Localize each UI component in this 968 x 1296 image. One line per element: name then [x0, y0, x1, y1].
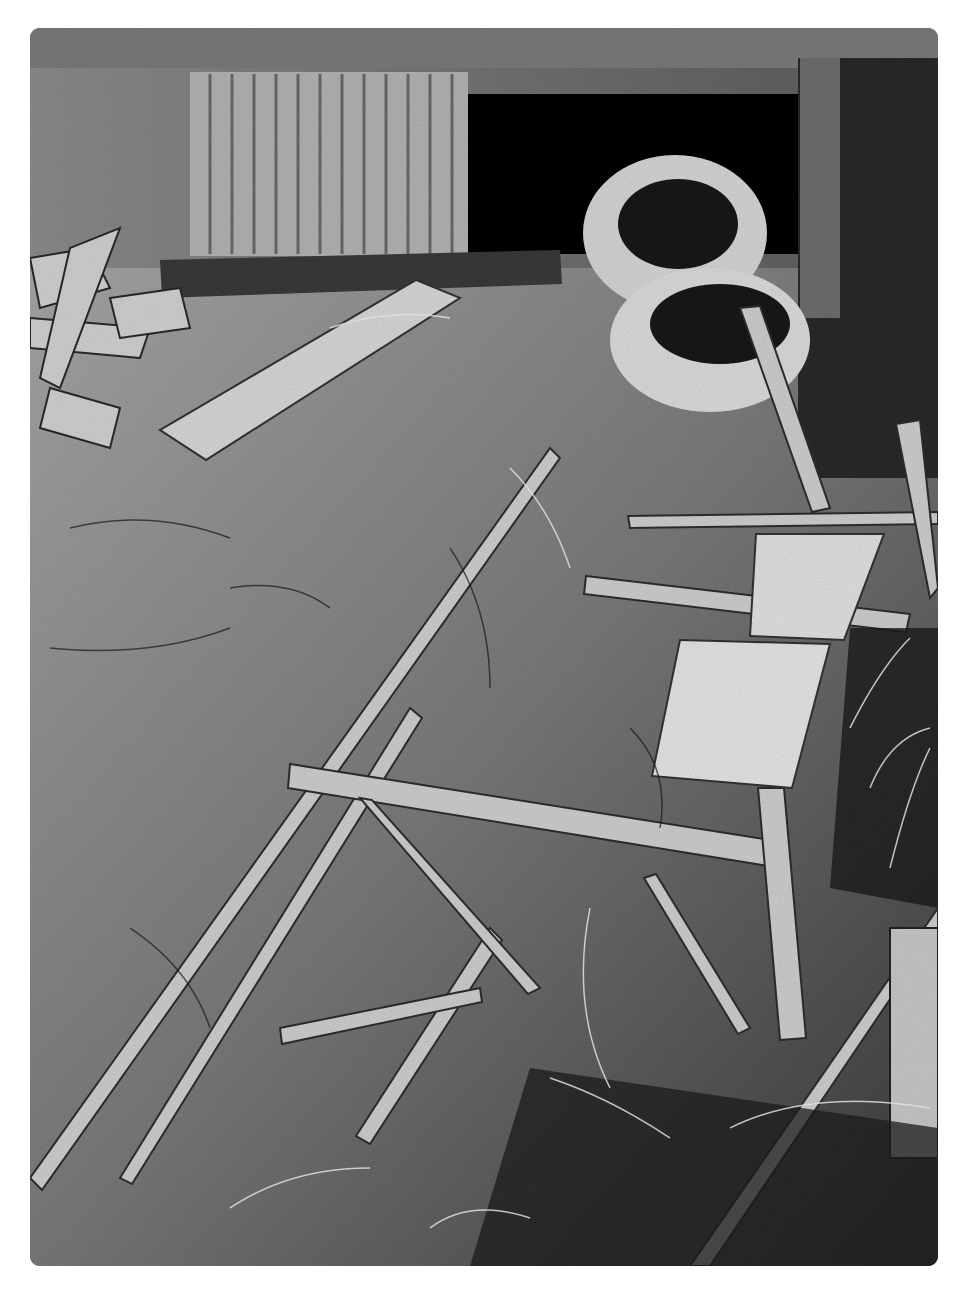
- corrugated-panel: [190, 72, 468, 256]
- photograph: [30, 28, 938, 1266]
- photo-scene: [30, 28, 938, 1266]
